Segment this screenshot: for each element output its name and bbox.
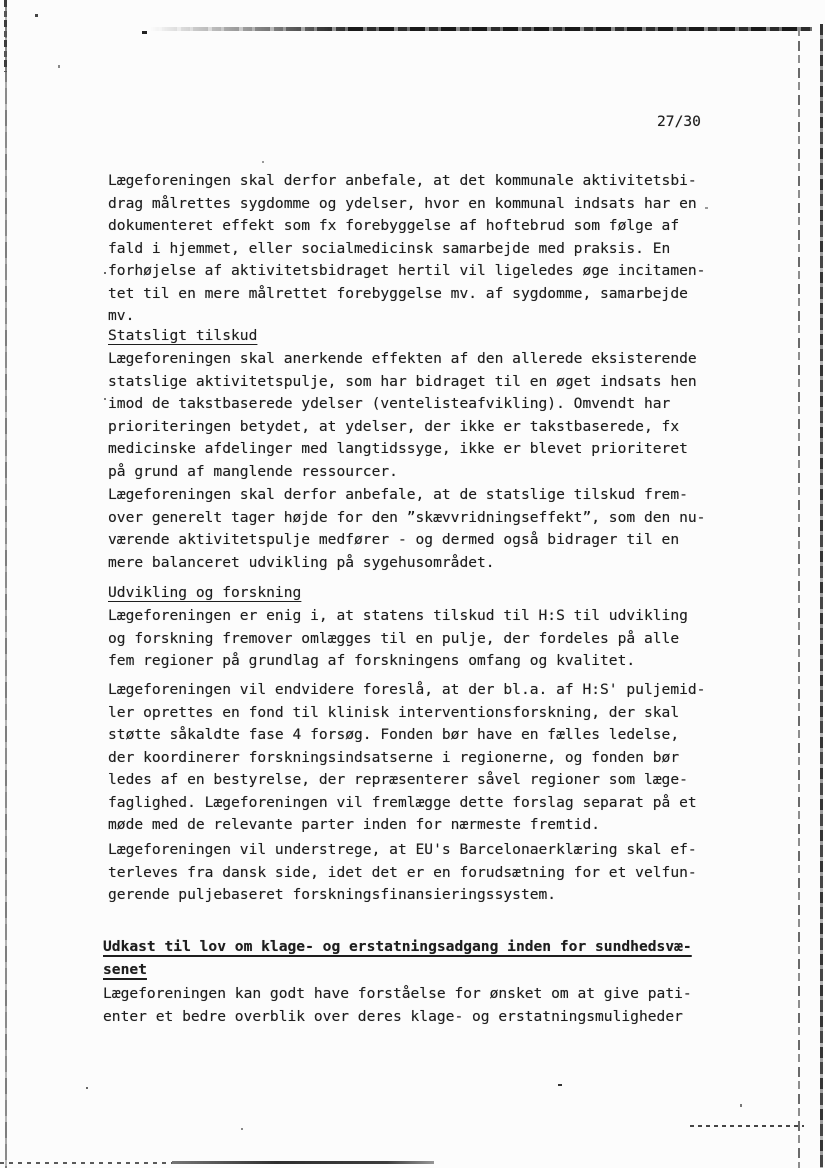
scan-artifact-bottom-right-dotted bbox=[690, 1125, 804, 1127]
paragraph-statslig-aktivitetspulje: Lægeforeningen skal anerkende effekten a… bbox=[108, 348, 697, 483]
scan-speck bbox=[262, 161, 264, 163]
scan-speck bbox=[740, 1104, 742, 1107]
scan-artifact-left-edge-dashes bbox=[4, 0, 7, 72]
scan-artifact-right-inner-line bbox=[798, 28, 800, 1168]
scan-speck bbox=[58, 65, 60, 68]
scan-speck bbox=[86, 1087, 88, 1089]
paragraph-fond-klinisk-forskning: Lægeforeningen vil endvidere foreslå, at… bbox=[108, 679, 705, 837]
scan-speck bbox=[104, 272, 106, 274]
paragraph-barcelonaerklaering: Lægeforeningen vil understrege, at EU's … bbox=[108, 839, 697, 907]
paragraph-skaevvridningseffekt: Lægeforeningen skal derfor anbefale, at … bbox=[108, 484, 705, 574]
scan-artifact-bottom-dotted bbox=[0, 1162, 172, 1164]
heading-statsligt-tilskud: Statsligt tilskud bbox=[108, 325, 257, 348]
paragraph-kommunalt-aktivitetsbidrag: Lægeforeningen skal derfor anbefale, at … bbox=[108, 170, 705, 328]
scan-artifact-right-outer-line bbox=[820, 24, 823, 1168]
scan-speck bbox=[142, 31, 147, 34]
paragraph-statens-tilskud-hs: Lægeforeningen er enig i, at statens til… bbox=[108, 605, 688, 673]
heading-udkast-til-lov-klage-erstatning: Udkast til lov om klage- og erstatningsa… bbox=[103, 936, 692, 981]
heading-udvikling-og-forskning: Udvikling og forskning bbox=[108, 582, 301, 605]
page-number: 27/30 bbox=[657, 113, 701, 130]
scan-speck bbox=[558, 1084, 562, 1086]
scan-speck bbox=[104, 398, 106, 400]
scanned-document-page: 27/30 Lægeforeningen skal derfor anbefal… bbox=[0, 0, 825, 1168]
scan-artifact-left-edge-line bbox=[5, 0, 7, 1168]
paragraph-klage-erstatningsmuligheder: Lægeforeningen kan godt have forståelse … bbox=[103, 983, 692, 1028]
scan-speck bbox=[35, 14, 38, 17]
scan-artifact-top-line bbox=[150, 27, 812, 31]
scan-artifact-bottom-line bbox=[172, 1161, 434, 1164]
scan-speck bbox=[241, 1128, 243, 1130]
